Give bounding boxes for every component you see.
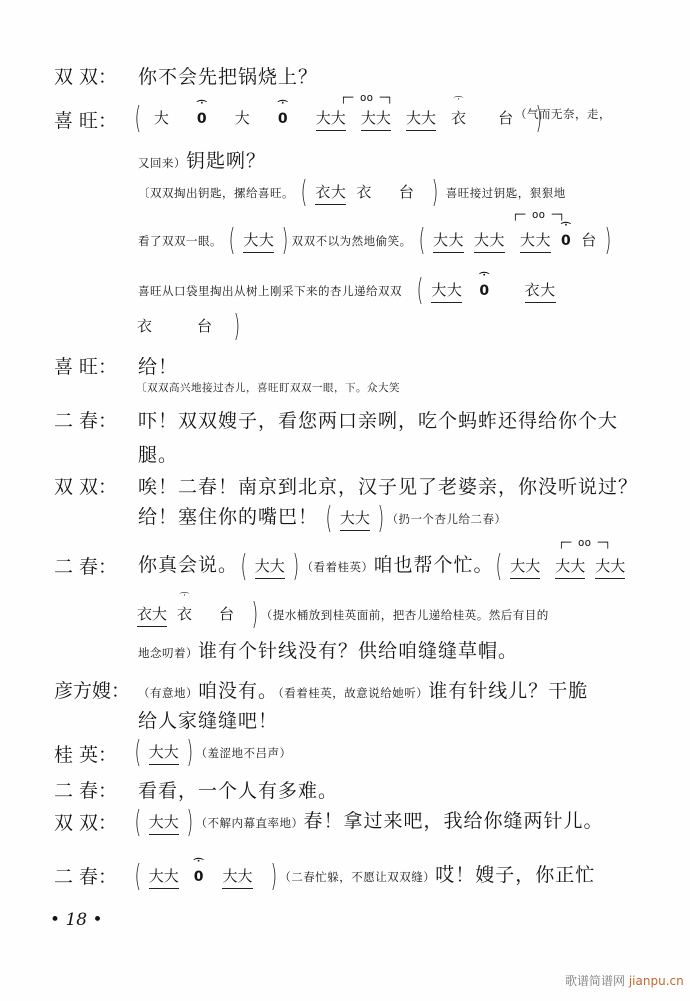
watermark-cn: 歌谱简谱网 xyxy=(565,974,625,988)
open-paren: ( xyxy=(419,226,426,256)
stage-direction: （气而无奈，走， xyxy=(515,106,611,122)
note: 台 xyxy=(399,181,415,202)
close-paren: ) xyxy=(377,504,383,534)
note-underlined: 大大 xyxy=(555,555,585,579)
speaker-label: 二 春： xyxy=(54,406,117,433)
speaker-label: 双 双： xyxy=(54,62,117,89)
note-rest-fermata: 0 xyxy=(194,869,204,885)
open-paren: ( xyxy=(241,552,247,582)
note-underlined: 衣大 xyxy=(525,279,556,303)
speaker-label: 二 春： xyxy=(54,552,117,579)
open-paren: ( xyxy=(301,178,308,208)
watermark-site: jianpu.cn xyxy=(629,974,684,988)
open-paren: ( xyxy=(417,276,424,306)
stage-direction: （不解内幕直率地） xyxy=(195,816,303,830)
note: 台 xyxy=(219,603,234,624)
note-underlined: 大大 xyxy=(474,229,505,253)
speaker-label: 二 春： xyxy=(54,776,117,803)
note: 衣 xyxy=(356,181,372,202)
note-underlined: 大大 xyxy=(243,229,274,253)
note-underlined: 大大 xyxy=(431,279,462,303)
dialogue-text: 你真会说。 xyxy=(138,554,238,576)
dialogue-line: 给！塞住你的嘴巴！ (大大)（扔一个杏儿给二春） xyxy=(138,502,507,534)
dialogue-line: (大大0大大)（二春忙躲，不愿让双双缝）哎！嫂子，你正忙 xyxy=(132,860,595,892)
stage-direction: 看了双双一眼。 xyxy=(138,234,222,248)
stage-direction: 喜旺接过钥匙，狠狠地 xyxy=(446,186,566,200)
page-number-value: 18 xyxy=(65,910,87,930)
stage-direction: 〔双双高兴地接过杏儿，喜旺盯双双一眼，下。众大笑 xyxy=(136,380,400,395)
note: 台 xyxy=(581,229,597,250)
stage-direction: （二春忙躲，不愿让双双缝） xyxy=(279,870,435,884)
speaker-label: 二 春： xyxy=(54,862,117,889)
speaker-label: 桂 英： xyxy=(54,740,117,767)
stage-direction: 又回来） xyxy=(138,156,186,170)
close-paren: ) xyxy=(292,552,298,582)
open-paren: ( xyxy=(326,504,332,534)
dialogue-text: 哎！嫂子，你正忙 xyxy=(435,864,595,886)
note-fermata: 衣 xyxy=(177,603,192,624)
stage-direction-line: 〔双双掏出钥匙，摞给喜旺。 (衣大衣台) 喜旺接过钥匙，狠狠地 xyxy=(138,178,566,208)
dialogue-text: 春！拿过来吧，我给你缝两针儿。 xyxy=(303,810,603,832)
open-paren: ( xyxy=(496,552,502,582)
note-underlined: 大大 xyxy=(406,107,436,131)
dialogue-line: (大大)（羞涩地不吕声） xyxy=(132,738,291,768)
close-paren: ) xyxy=(270,862,276,892)
dialogue-text: 你不会先把锅烧上？ xyxy=(138,62,318,89)
note-underlined: 大大 xyxy=(149,865,179,889)
note-underlined: 大大 xyxy=(433,229,464,253)
dialogue-text: 给人家缝缝吧！ xyxy=(138,706,278,733)
notation-continued: 衣大衣台)（提水桶放到桂英面前，把杏儿递给桂英。然后有目的 xyxy=(132,600,549,630)
dialogue-text: 给！ xyxy=(138,352,178,379)
dialogue-line: （有意地）咱没有。（看着桂英，故意说给她听）谁有针线儿？干脆 xyxy=(138,676,588,703)
note-rest-fermata: 0 xyxy=(561,233,571,249)
stage-direction: 〔双双掏出钥匙，摞给喜旺。 xyxy=(138,186,294,200)
dialogue-line: (大大)（不解内幕直率地）春！拿过来吧，我给你缝两针儿。 xyxy=(132,806,603,838)
note-underlined: 大大 xyxy=(510,555,540,579)
dialogue-text: 咱也帮个忙。 xyxy=(373,554,493,576)
note: 大 xyxy=(154,107,169,128)
note-underlined: 衣大 xyxy=(137,603,167,627)
stage-direction: 喜旺从口袋里掏出从树上刚采下来的杏儿递给双双 xyxy=(138,284,402,298)
notation-continued: 衣台) xyxy=(132,312,243,342)
note-underlined: 大大 xyxy=(595,555,625,579)
dialogue-line: 你真会说。(大大)（看着桂英）咱也帮个忙。(大大大大大大 xyxy=(138,550,630,582)
stage-direction: （看着桂英，故意说给她听） xyxy=(278,686,428,700)
close-paren: ) xyxy=(252,600,258,630)
stage-direction-line: 看了双双一眼。 (大大)双双不以为然地偷笑。 (大大大大大大0台) xyxy=(138,226,614,256)
speaker-label: 双 双： xyxy=(54,808,117,835)
note-underlined: 大大 xyxy=(520,229,551,253)
tie-bracket: ┌─ oo ─┐ xyxy=(512,208,565,221)
open-paren: ( xyxy=(135,862,141,892)
dialogue-text: 谁有个针线没有？供给咱缝缝草帽。 xyxy=(198,640,518,662)
open-paren: ( xyxy=(229,226,236,256)
stage-direction: （有意地） xyxy=(138,686,198,700)
dialogue-text: 钥匙咧？ xyxy=(186,150,266,172)
stage-direction: （提水桶放到桂英面前，把杏儿递给桂英。然后有目的 xyxy=(261,608,549,622)
dialogue-text: 唉！二春！南京到北京，汉子见了老婆亲，你没听说过？ xyxy=(138,472,638,499)
page-number: • 18 • xyxy=(50,910,103,930)
speaker-label: 彦方嫂： xyxy=(54,676,130,703)
tie-bracket: ┌─ oo ─┐ xyxy=(558,536,611,549)
close-paren: ) xyxy=(186,738,192,768)
dialogue-text: 吓！双双嫂子，看您两口亲咧，吃个蚂蚱还得给你个大 xyxy=(138,406,618,433)
dialogue-line: 又回来）钥匙咧？ xyxy=(138,146,266,173)
dialogue-text: 给！塞住你的嘴巴！ xyxy=(138,506,318,528)
close-paren: ) xyxy=(234,312,240,342)
note: 台 xyxy=(498,107,513,128)
open-paren: ( xyxy=(135,808,141,838)
note: 台 xyxy=(197,315,212,336)
tie-bracket: ┌─ oo ─┐ xyxy=(340,91,393,104)
dialogue-text: 咱没有。 xyxy=(198,680,278,702)
close-paren: ) xyxy=(186,808,192,838)
note-underlined: 大大 xyxy=(361,107,391,131)
note: 大 xyxy=(235,107,250,128)
watermark: 歌谱简谱网 jianpu.cn xyxy=(565,972,684,989)
close-paren: ) xyxy=(282,226,289,256)
stage-direction: （看着桂英） xyxy=(301,560,373,574)
speaker-label: 双 双： xyxy=(54,472,117,499)
note-rest-fermata: 0 xyxy=(278,111,288,127)
note-fermata: 衣 xyxy=(451,107,466,128)
close-paren: ) xyxy=(605,226,612,256)
dialogue-line: 地念叨着）谁有个针线没有？供给咱缝缝草帽。 xyxy=(138,636,518,663)
close-paren: ) xyxy=(432,178,439,208)
stage-direction: （羞涩地不吕声） xyxy=(195,746,291,760)
percussion-notation: ( 大 0 大 0 大大 大大 大大 衣 台 ) xyxy=(132,104,545,134)
speaker-label: 喜 旺： xyxy=(54,106,117,133)
dialogue-text: 谁有针线儿？干脆 xyxy=(428,680,588,702)
note-underlined: 大大 xyxy=(222,865,252,889)
note-underlined: 大大 xyxy=(149,741,179,765)
note-underlined: 大大 xyxy=(149,811,179,835)
note-underlined: 大大 xyxy=(255,555,285,579)
stage-direction-line: 喜旺从口袋里掏出从树上刚采下来的杏儿递给双双 (大大0衣大 xyxy=(138,276,561,306)
open-paren: ( xyxy=(135,738,141,768)
note-rest-fermata: 0 xyxy=(479,283,489,299)
open-paren: ( xyxy=(135,104,141,134)
dialogue-text: 腿。 xyxy=(138,440,178,467)
note-underlined: 大大 xyxy=(316,107,346,131)
note: 衣 xyxy=(137,315,152,336)
speaker-label: 喜 旺： xyxy=(54,352,117,379)
stage-direction: （扔一个杏儿给二春） xyxy=(387,512,507,526)
note-underlined: 大大 xyxy=(340,507,370,531)
note-rest-fermata: 0 xyxy=(197,111,207,127)
stage-direction: 双双不以为然地偷笑。 xyxy=(292,234,412,248)
stage-direction: 地念叨着） xyxy=(138,646,198,660)
note-underlined: 衣大 xyxy=(315,181,346,205)
dialogue-text: 看看，一个人有多难。 xyxy=(138,776,338,803)
